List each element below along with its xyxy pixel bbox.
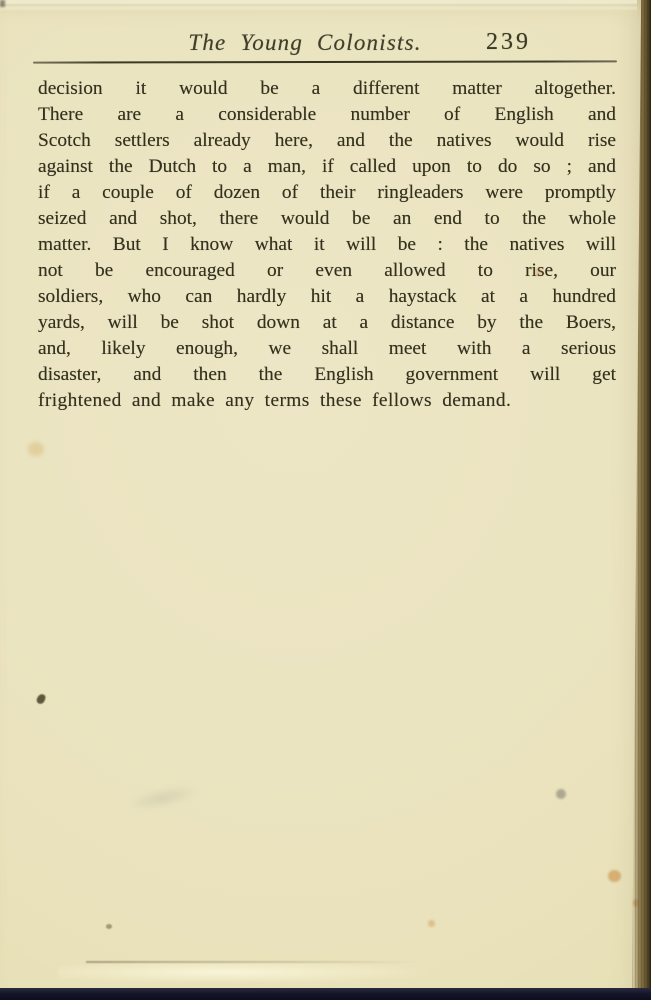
scan-top-streaks — [0, 0, 637, 16]
book-cover-band — [0, 988, 651, 1000]
text-line: disaster, and then the English governmen… — [38, 362, 616, 388]
page-header: The Young Colonists. 239 — [0, 28, 651, 62]
under-page-streak — [58, 960, 428, 982]
corner-speck — [0, 0, 5, 7]
text-line: seized and shot, there would be an end t… — [38, 206, 616, 232]
page-number: 239 — [486, 29, 531, 56]
text-line: yards, will be shot down at a distance b… — [38, 310, 616, 336]
grey-dot — [556, 789, 566, 799]
foxing-spot — [608, 870, 621, 882]
foxing-spot — [28, 442, 44, 456]
ink-speck — [106, 924, 112, 929]
text-line: Scotch settlers already here, and the na… — [38, 128, 616, 154]
foxing-spot — [428, 920, 435, 927]
text-line: decision it would be a different matter … — [38, 76, 616, 102]
text-line: if a couple of dozen of their ringleader… — [38, 180, 616, 206]
book-page-scan: The Young Colonists. 239 decision it wou… — [0, 0, 651, 1000]
text-line: There are a considerable number of Engli… — [38, 102, 616, 128]
under-page-streak-line — [86, 961, 416, 963]
text-line: frightened and make any terms these fell… — [38, 388, 616, 414]
text-line: and, likely enough, we shall meet with a… — [38, 336, 616, 362]
foxing-spot — [534, 268, 543, 276]
text-line: not be encouraged or even allowed to ris… — [38, 258, 616, 284]
text-line: matter. But I know what it will be : the… — [38, 232, 616, 258]
body-paragraph: decision it would be a different matter … — [38, 76, 616, 414]
text-line: soldiers, who can hardly hit a haystack … — [38, 284, 616, 310]
text-line: against the Dutch to a man, if called up… — [38, 154, 616, 180]
